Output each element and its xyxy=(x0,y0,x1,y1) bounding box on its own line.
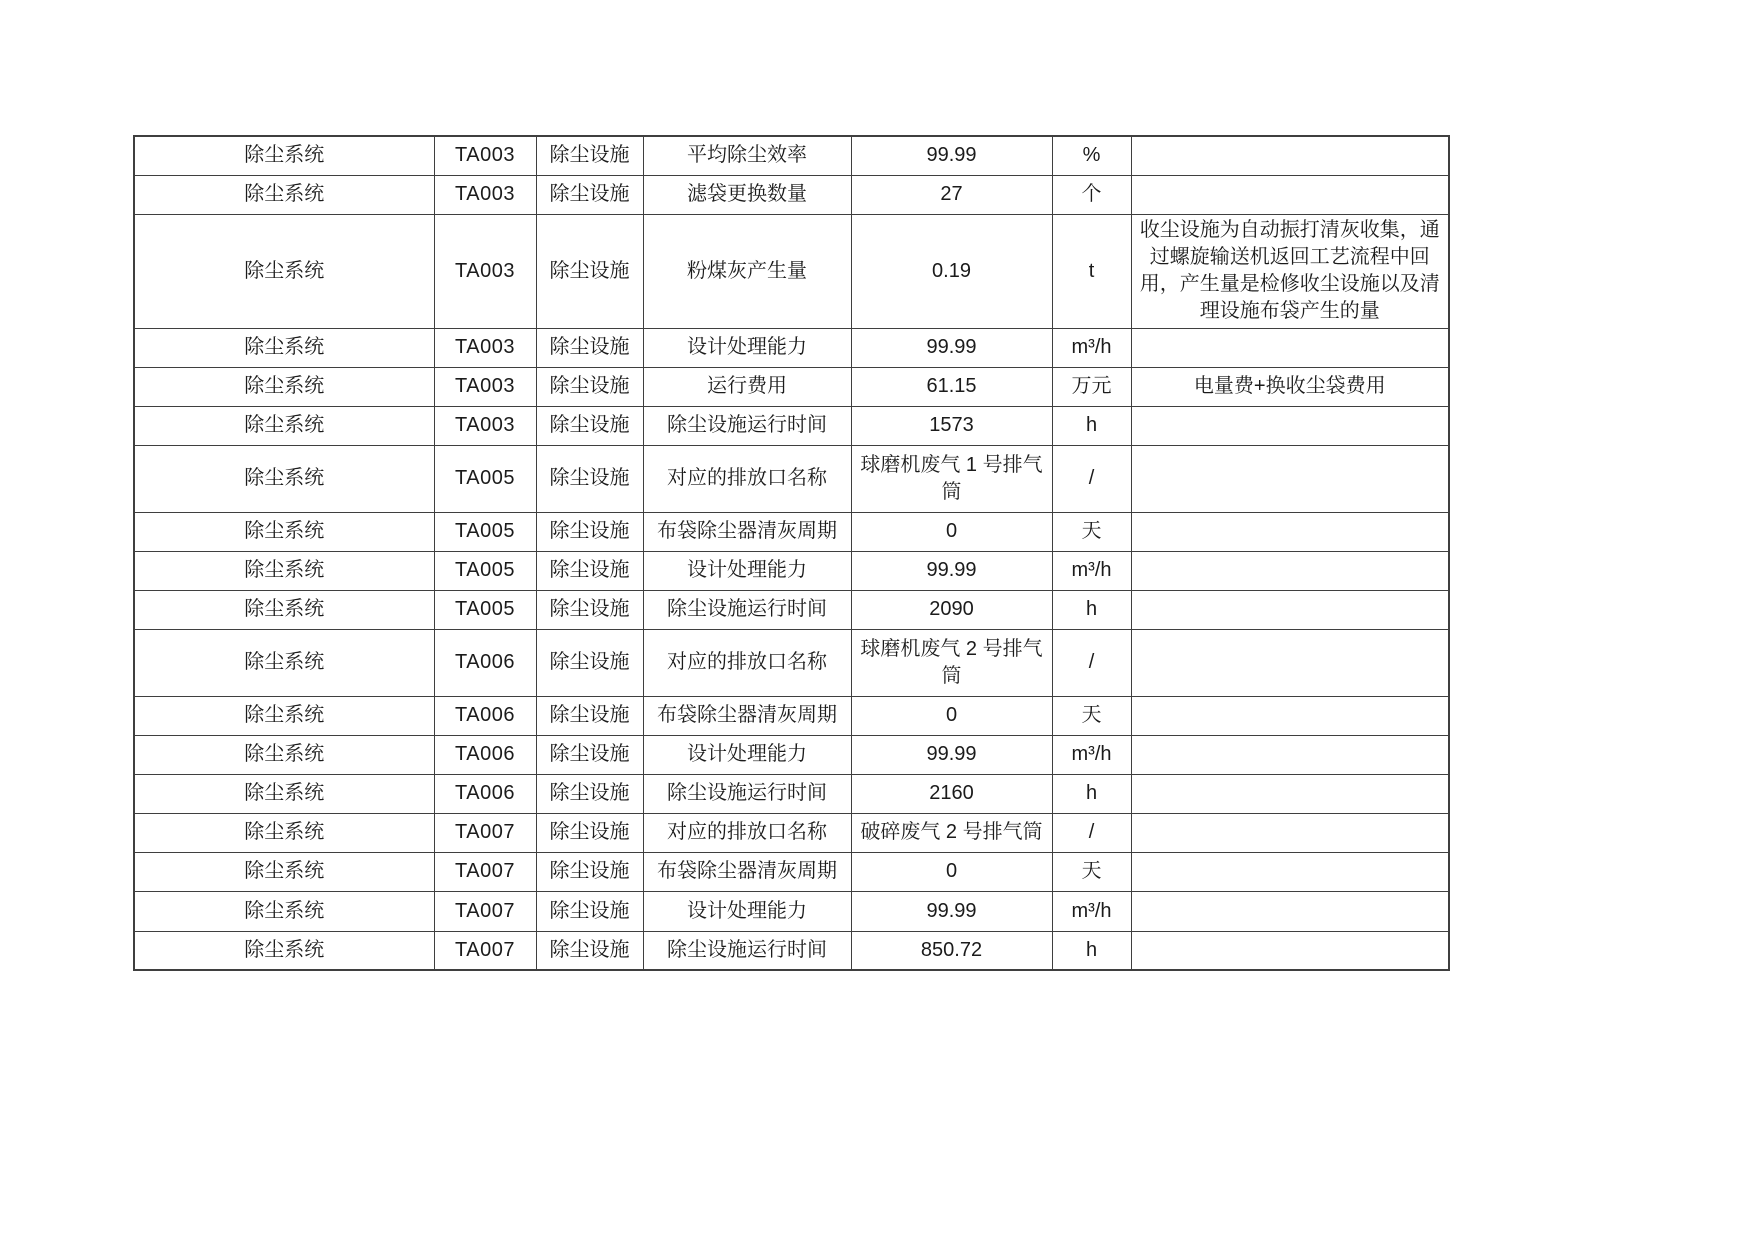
cell-system: 除尘系统 xyxy=(134,136,434,175)
cell-facility: 除尘设施 xyxy=(536,696,643,735)
table-row: 除尘系统TA005除尘设施布袋除尘器清灰周期0天 xyxy=(134,512,1449,551)
cell-unit: h xyxy=(1052,406,1131,445)
cell-unit: 天 xyxy=(1052,852,1131,891)
cell-system: 除尘系统 xyxy=(134,629,434,696)
cell-note xyxy=(1131,136,1449,175)
cell-parameter: 设计处理能力 xyxy=(643,328,851,367)
document-page: 除尘系统TA003除尘设施平均除尘效率99.99%除尘系统TA003除尘设施滤袋… xyxy=(0,0,1754,1240)
cell-parameter: 滤袋更换数量 xyxy=(643,175,851,214)
facility-parameters-table: 除尘系统TA003除尘设施平均除尘效率99.99%除尘系统TA003除尘设施滤袋… xyxy=(133,135,1450,971)
cell-unit: 个 xyxy=(1052,175,1131,214)
table-row: 除尘系统TA007除尘设施对应的排放口名称破碎废气 2 号排气筒/ xyxy=(134,813,1449,852)
cell-facility: 除尘设施 xyxy=(536,136,643,175)
cell-unit: / xyxy=(1052,445,1131,512)
table-row: 除尘系统TA003除尘设施运行费用61.15万元电量费+换收尘袋费用 xyxy=(134,367,1449,406)
cell-note xyxy=(1131,735,1449,774)
cell-facility: 除尘设施 xyxy=(536,774,643,813)
cell-value: 球磨机废气 2 号排气筒 xyxy=(851,629,1052,696)
cell-note xyxy=(1131,629,1449,696)
cell-system: 除尘系统 xyxy=(134,367,434,406)
cell-value: 27 xyxy=(851,175,1052,214)
table-row: 除尘系统TA003除尘设施粉煤灰产生量0.19t收尘设施为自动振打清灰收集，通过… xyxy=(134,214,1449,328)
cell-unit: h xyxy=(1052,774,1131,813)
table-body: 除尘系统TA003除尘设施平均除尘效率99.99%除尘系统TA003除尘设施滤袋… xyxy=(134,136,1449,970)
cell-value: 球磨机废气 1 号排气筒 xyxy=(851,445,1052,512)
cell-note xyxy=(1131,590,1449,629)
cell-unit: h xyxy=(1052,931,1131,970)
cell-note xyxy=(1131,696,1449,735)
cell-facility: 除尘设施 xyxy=(536,891,643,931)
cell-facility: 除尘设施 xyxy=(536,512,643,551)
cell-value: 0 xyxy=(851,696,1052,735)
table-row: 除尘系统TA003除尘设施除尘设施运行时间1573h xyxy=(134,406,1449,445)
cell-unit: m³/h xyxy=(1052,891,1131,931)
cell-facility: 除尘设施 xyxy=(536,735,643,774)
cell-code: TA003 xyxy=(434,328,536,367)
cell-note xyxy=(1131,813,1449,852)
cell-unit: t xyxy=(1052,214,1131,328)
cell-value: 2090 xyxy=(851,590,1052,629)
cell-parameter: 布袋除尘器清灰周期 xyxy=(643,696,851,735)
cell-system: 除尘系统 xyxy=(134,328,434,367)
cell-system: 除尘系统 xyxy=(134,590,434,629)
cell-value: 61.15 xyxy=(851,367,1052,406)
cell-system: 除尘系统 xyxy=(134,512,434,551)
cell-code: TA003 xyxy=(434,406,536,445)
table-row: 除尘系统TA006除尘设施对应的排放口名称球磨机废气 2 号排气筒/ xyxy=(134,629,1449,696)
cell-code: TA003 xyxy=(434,175,536,214)
cell-parameter: 设计处理能力 xyxy=(643,735,851,774)
cell-unit: m³/h xyxy=(1052,328,1131,367)
cell-facility: 除尘设施 xyxy=(536,813,643,852)
cell-unit: m³/h xyxy=(1052,551,1131,590)
cell-system: 除尘系统 xyxy=(134,696,434,735)
cell-value: 0.19 xyxy=(851,214,1052,328)
cell-code: TA007 xyxy=(434,891,536,931)
cell-note xyxy=(1131,774,1449,813)
table-row: 除尘系统TA007除尘设施设计处理能力99.99m³/h xyxy=(134,891,1449,931)
cell-system: 除尘系统 xyxy=(134,852,434,891)
cell-facility: 除尘设施 xyxy=(536,445,643,512)
cell-note xyxy=(1131,512,1449,551)
table-container: 除尘系统TA003除尘设施平均除尘效率99.99%除尘系统TA003除尘设施滤袋… xyxy=(133,135,1450,971)
cell-note xyxy=(1131,852,1449,891)
cell-note: 电量费+换收尘袋费用 xyxy=(1131,367,1449,406)
table-row: 除尘系统TA003除尘设施滤袋更换数量27个 xyxy=(134,175,1449,214)
cell-code: TA003 xyxy=(434,367,536,406)
cell-note xyxy=(1131,406,1449,445)
cell-value: 99.99 xyxy=(851,328,1052,367)
cell-unit: / xyxy=(1052,813,1131,852)
cell-value: 0 xyxy=(851,852,1052,891)
cell-parameter: 设计处理能力 xyxy=(643,891,851,931)
cell-value: 0 xyxy=(851,512,1052,551)
cell-system: 除尘系统 xyxy=(134,175,434,214)
cell-note xyxy=(1131,891,1449,931)
cell-parameter: 粉煤灰产生量 xyxy=(643,214,851,328)
cell-unit: 天 xyxy=(1052,696,1131,735)
table-row: 除尘系统TA006除尘设施设计处理能力99.99m³/h xyxy=(134,735,1449,774)
cell-code: TA006 xyxy=(434,735,536,774)
cell-value: 99.99 xyxy=(851,136,1052,175)
cell-system: 除尘系统 xyxy=(134,551,434,590)
cell-code: TA006 xyxy=(434,696,536,735)
cell-system: 除尘系统 xyxy=(134,445,434,512)
cell-parameter: 运行费用 xyxy=(643,367,851,406)
cell-system: 除尘系统 xyxy=(134,813,434,852)
cell-facility: 除尘设施 xyxy=(536,367,643,406)
cell-note xyxy=(1131,931,1449,970)
cell-system: 除尘系统 xyxy=(134,735,434,774)
cell-system: 除尘系统 xyxy=(134,406,434,445)
cell-facility: 除尘设施 xyxy=(536,629,643,696)
cell-facility: 除尘设施 xyxy=(536,406,643,445)
cell-note xyxy=(1131,328,1449,367)
cell-parameter: 设计处理能力 xyxy=(643,551,851,590)
cell-unit: 万元 xyxy=(1052,367,1131,406)
cell-code: TA006 xyxy=(434,629,536,696)
cell-parameter: 对应的排放口名称 xyxy=(643,445,851,512)
table-row: 除尘系统TA005除尘设施设计处理能力99.99m³/h xyxy=(134,551,1449,590)
cell-facility: 除尘设施 xyxy=(536,328,643,367)
cell-code: TA007 xyxy=(434,813,536,852)
cell-note xyxy=(1131,551,1449,590)
cell-code: TA007 xyxy=(434,931,536,970)
cell-parameter: 除尘设施运行时间 xyxy=(643,931,851,970)
cell-system: 除尘系统 xyxy=(134,891,434,931)
table-row: 除尘系统TA005除尘设施除尘设施运行时间2090h xyxy=(134,590,1449,629)
cell-value: 99.99 xyxy=(851,735,1052,774)
table-row: 除尘系统TA007除尘设施布袋除尘器清灰周期0天 xyxy=(134,852,1449,891)
cell-facility: 除尘设施 xyxy=(536,551,643,590)
cell-unit: 天 xyxy=(1052,512,1131,551)
cell-facility: 除尘设施 xyxy=(536,931,643,970)
cell-system: 除尘系统 xyxy=(134,931,434,970)
cell-value: 850.72 xyxy=(851,931,1052,970)
cell-facility: 除尘设施 xyxy=(536,590,643,629)
cell-note xyxy=(1131,445,1449,512)
cell-facility: 除尘设施 xyxy=(536,214,643,328)
cell-parameter: 对应的排放口名称 xyxy=(643,813,851,852)
cell-code: TA005 xyxy=(434,590,536,629)
cell-unit: h xyxy=(1052,590,1131,629)
cell-parameter: 除尘设施运行时间 xyxy=(643,774,851,813)
cell-note: 收尘设施为自动振打清灰收集，通过螺旋输送机返回工艺流程中回用，产生量是检修收尘设… xyxy=(1131,214,1449,328)
cell-code: TA003 xyxy=(434,136,536,175)
table-row: 除尘系统TA005除尘设施对应的排放口名称球磨机废气 1 号排气筒/ xyxy=(134,445,1449,512)
cell-parameter: 平均除尘效率 xyxy=(643,136,851,175)
cell-parameter: 除尘设施运行时间 xyxy=(643,590,851,629)
table-row: 除尘系统TA006除尘设施除尘设施运行时间2160h xyxy=(134,774,1449,813)
table-row: 除尘系统TA007除尘设施除尘设施运行时间850.72h xyxy=(134,931,1449,970)
cell-value: 99.99 xyxy=(851,551,1052,590)
cell-value: 2160 xyxy=(851,774,1052,813)
cell-unit: % xyxy=(1052,136,1131,175)
cell-code: TA005 xyxy=(434,551,536,590)
cell-value: 99.99 xyxy=(851,891,1052,931)
table-row: 除尘系统TA003除尘设施设计处理能力99.99m³/h xyxy=(134,328,1449,367)
cell-unit: m³/h xyxy=(1052,735,1131,774)
cell-facility: 除尘设施 xyxy=(536,175,643,214)
cell-code: TA005 xyxy=(434,445,536,512)
cell-parameter: 除尘设施运行时间 xyxy=(643,406,851,445)
cell-code: TA005 xyxy=(434,512,536,551)
cell-code: TA003 xyxy=(434,214,536,328)
cell-system: 除尘系统 xyxy=(134,214,434,328)
table-row: 除尘系统TA006除尘设施布袋除尘器清灰周期0天 xyxy=(134,696,1449,735)
cell-code: TA006 xyxy=(434,774,536,813)
cell-value: 1573 xyxy=(851,406,1052,445)
cell-unit: / xyxy=(1052,629,1131,696)
cell-parameter: 布袋除尘器清灰周期 xyxy=(643,512,851,551)
cell-value: 破碎废气 2 号排气筒 xyxy=(851,813,1052,852)
cell-system: 除尘系统 xyxy=(134,774,434,813)
table-row: 除尘系统TA003除尘设施平均除尘效率99.99% xyxy=(134,136,1449,175)
cell-parameter: 布袋除尘器清灰周期 xyxy=(643,852,851,891)
cell-note xyxy=(1131,175,1449,214)
cell-parameter: 对应的排放口名称 xyxy=(643,629,851,696)
cell-facility: 除尘设施 xyxy=(536,852,643,891)
cell-code: TA007 xyxy=(434,852,536,891)
